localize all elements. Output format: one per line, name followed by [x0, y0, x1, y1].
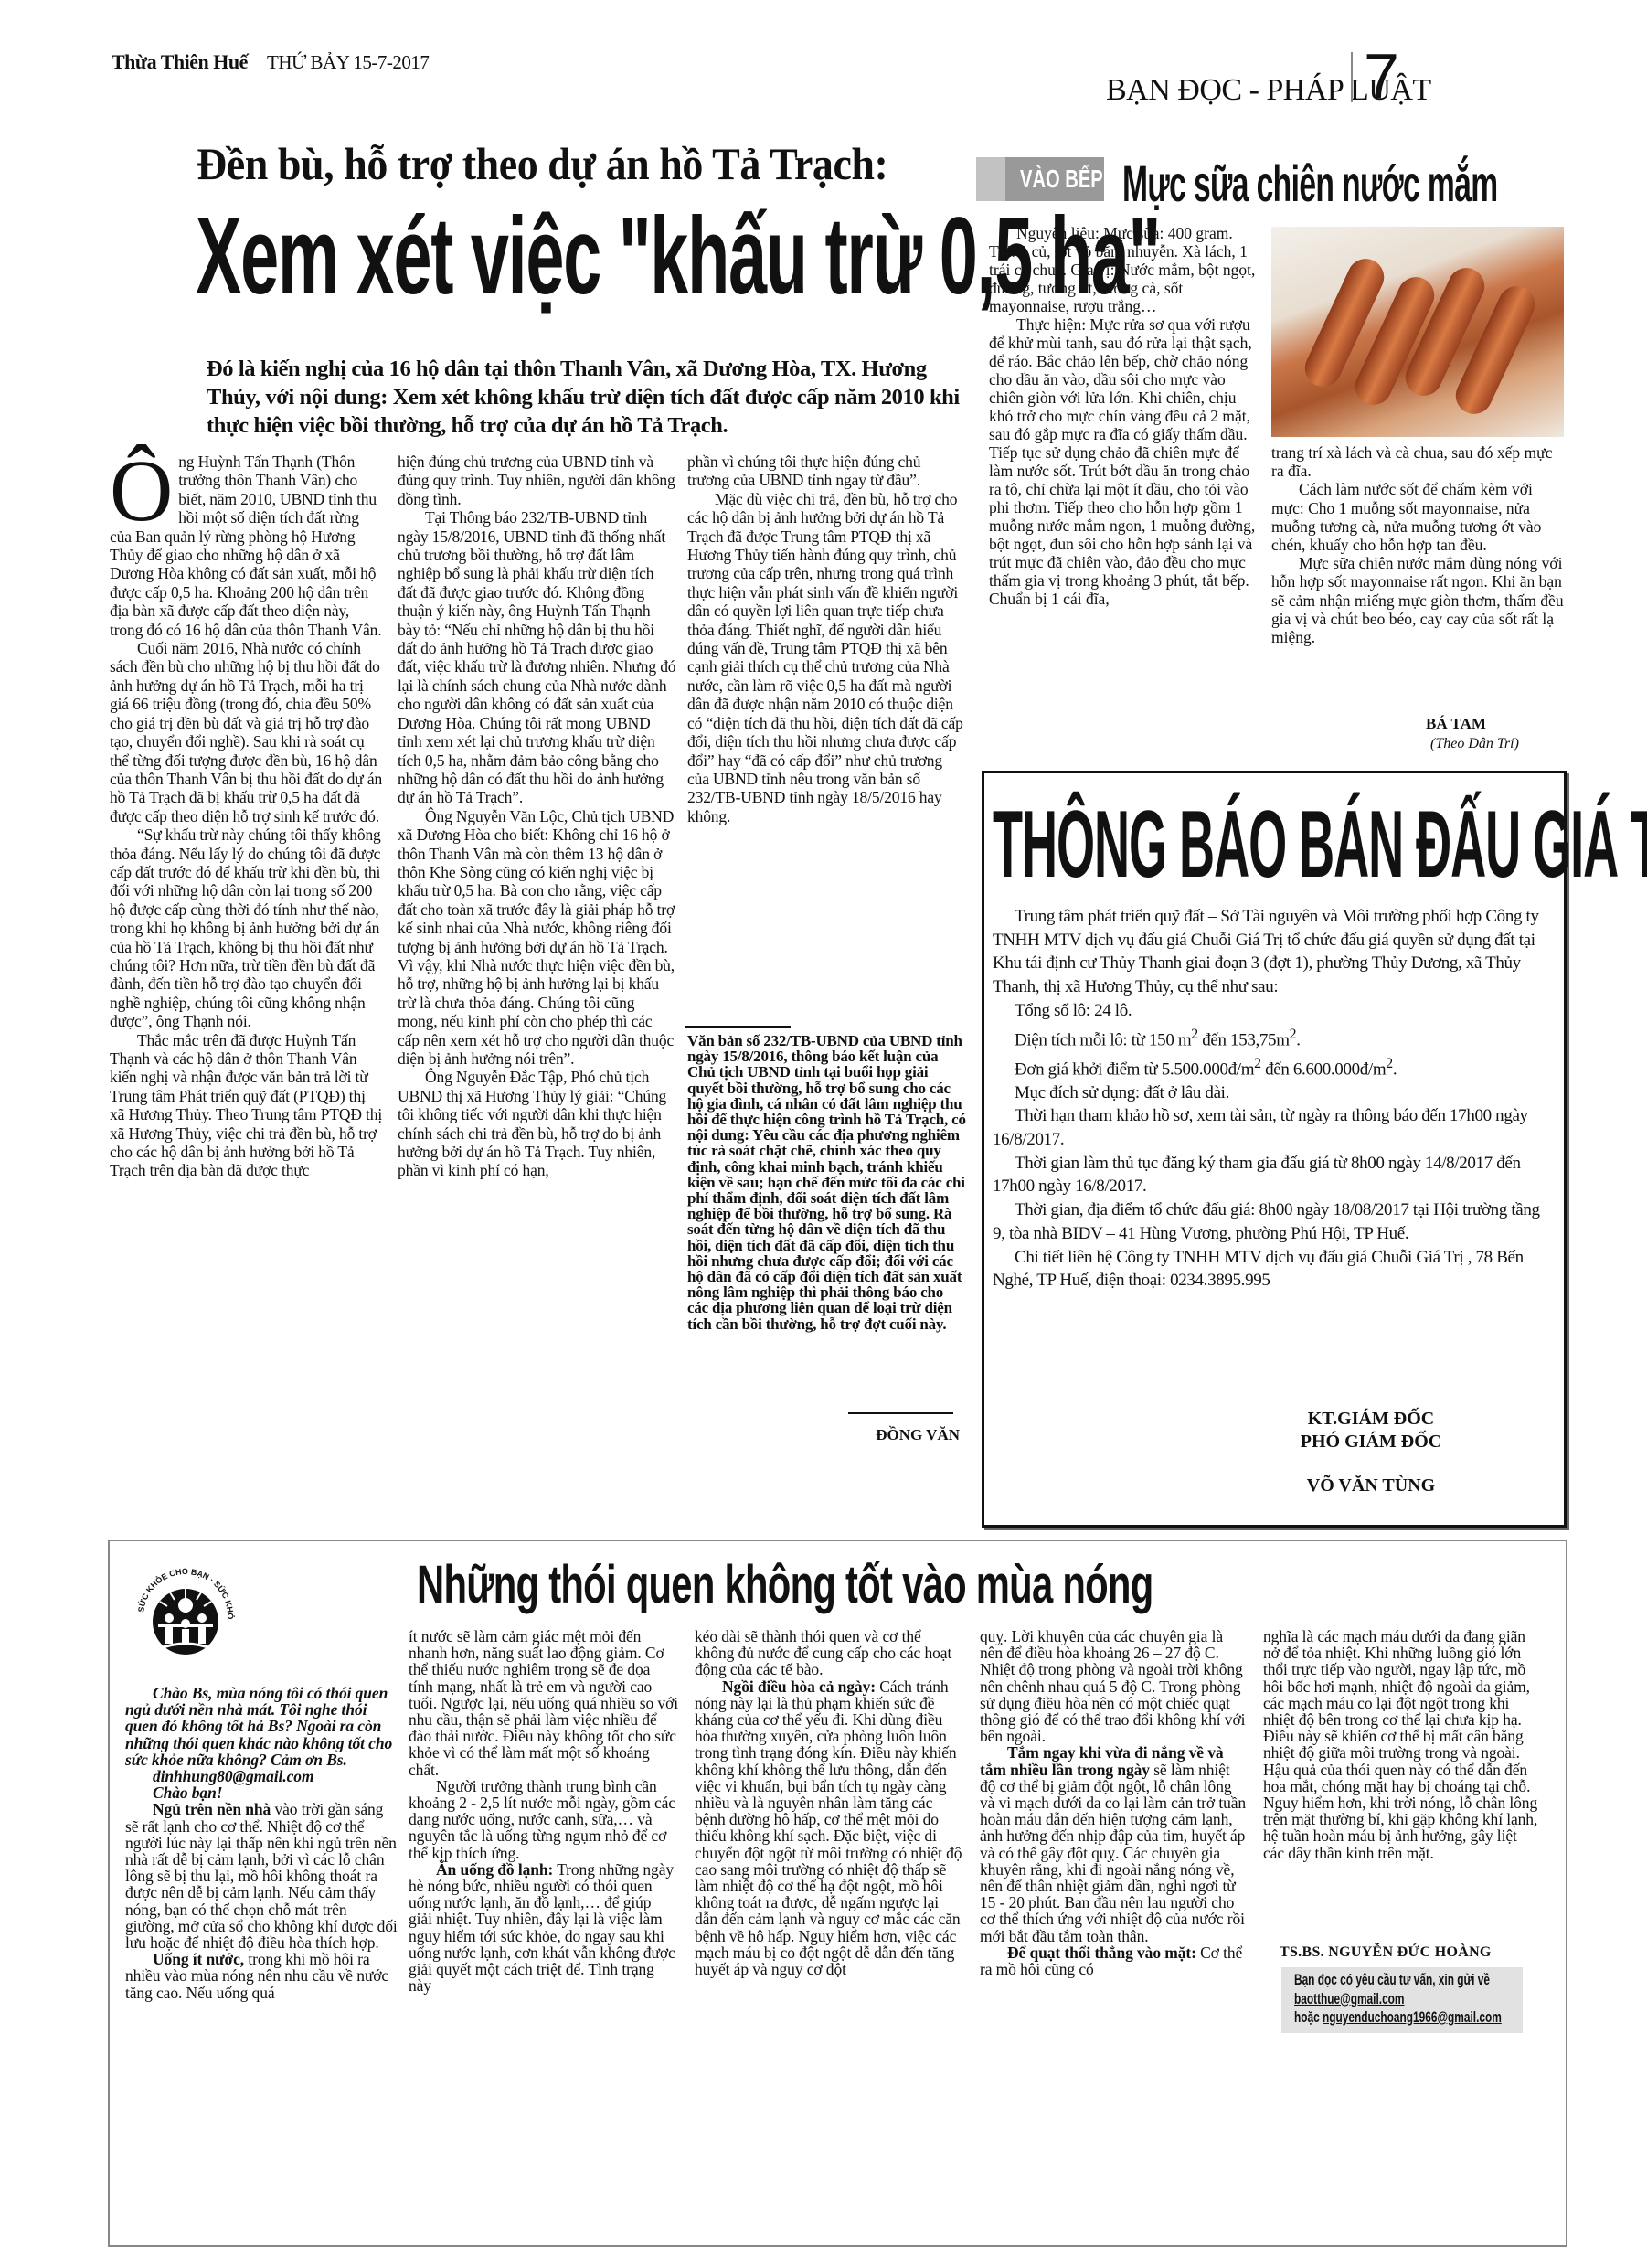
health-paragraph: quỵ. Lời khuyên của các chuyên gia là nê…	[980, 1628, 1249, 1744]
health-paragraph: Tắm ngay khi vừa đi nắng về và tắm nhiều…	[980, 1744, 1249, 1943]
article-paragraph: Cuối năm 2016, Nhà nước có chính sách đề…	[110, 639, 384, 825]
subhead: Ăn uống đồ lạnh:	[436, 1860, 553, 1879]
auction-notice-body: Trung tâm phát triển quỹ đất – Sở Tài ng…	[993, 905, 1548, 1293]
text: hoặc	[1294, 2009, 1323, 2026]
health-column-2: ít nước sẽ làm cảm giác mệt mỏi đến nhan…	[409, 1628, 678, 1994]
sign-line: PHÓ GIÁM ĐỐC	[1188, 1431, 1554, 1453]
article-sapo: Đó là kiến nghị của 16 hộ dân tại thôn T…	[207, 355, 965, 440]
health-column-5: nghĩa là các mạch máu dưới da đang giãn …	[1263, 1628, 1542, 1861]
notice-signer: VÕ VĂN TÙNG	[1188, 1475, 1554, 1496]
article-paragraph: hiện đúng chủ trương của UBND tỉnh và đú…	[398, 453, 676, 508]
text: Đơn giá khởi điểm từ 5.500.000đ/m	[1015, 1059, 1254, 1079]
health-paragraph: Ngồi điều hòa cả ngày: Cách tránh nóng n…	[695, 1678, 964, 1978]
text: sẽ làm nhiệt độ cơ thể bị giảm đột ngột,…	[980, 1761, 1246, 1945]
article-column-1: Ông Huỳnh Tấn Thạnh (Thôn trưởng thôn Th…	[110, 453, 384, 1180]
notice-reference-period: Thời hạn tham khảo hồ sơ, xem tài sản, t…	[993, 1104, 1548, 1151]
greeting: Chào bạn!	[125, 1784, 398, 1801]
text: Diện tích mỗi lô: từ 150 m	[1015, 1030, 1191, 1049]
notice-auction-time-place: Thời gian, địa điểm tổ chức đấu giá: 8h0…	[993, 1198, 1548, 1245]
contact-text: Bạn đọc có yêu cầu tư vấn, xin gửi về ba…	[1294, 1971, 1502, 2028]
article-paragraph: Ông Huỳnh Tấn Thạnh (Thôn trưởng thôn Th…	[110, 453, 384, 639]
health-paragraph: kéo dài sẽ thành thói quen và cơ thể khô…	[695, 1628, 964, 1678]
notice-registration-period: Thời gian làm thủ tục đăng ký tham gia đ…	[993, 1152, 1548, 1198]
health-column-4: quỵ. Lời khuyên của các chuyên gia là nê…	[980, 1628, 1249, 1977]
article-paragraph: Ông Nguyễn Văn Lộc, Chủ tịch UBND xã Dươ…	[398, 807, 676, 1069]
health-paragraph: Ngủ trên nền nhà vào trời gần sáng sẽ rấ…	[125, 1801, 398, 1951]
health-title: Những thói quen không tốt vào mùa nóng	[417, 1558, 1153, 1613]
sign-line: KT.GIÁM ĐỐC	[1188, 1408, 1554, 1431]
text: đến 6.600.000đ/m	[1261, 1059, 1387, 1079]
cooking-text: Nguyên liệu: Mực sữa: 400 gram. Tỏi: 1 c…	[989, 224, 1256, 608]
article-paragraph: Mặc dù việc chi trả, đền bù, hỗ trợ cho …	[687, 490, 966, 825]
notice-contact: Chi tiết liên hệ Công ty TNHH MTV dịch v…	[993, 1246, 1548, 1293]
cooking-paragraph: Cách làm nước sốt để chấm kèm với mực: C…	[1271, 480, 1564, 554]
text: Cách tránh nóng này lại là thủ phạm khiế…	[695, 1677, 962, 1978]
contact-line: Bạn đọc có yêu cầu tư vấn, xin gửi về	[1294, 1971, 1502, 1990]
subhead: Uống ít nước,	[153, 1950, 244, 1968]
divider	[848, 1412, 953, 1414]
notice-signature-title: KT.GIÁM ĐỐC PHÓ GIÁM ĐỐC	[1188, 1408, 1554, 1453]
article-paragraph: Tại Thông báo 232/TB-UBND tỉnh ngày 15/8…	[398, 508, 676, 807]
article-kicker: Đền bù, hỗ trợ theo dự án hồ Tả Trạch:	[197, 137, 887, 190]
cooking-text-right: trang trí xà lách và cà chua, sau đó xếp…	[1271, 443, 1564, 646]
cooking-tag-label: VÀO BẾP	[1020, 165, 1103, 194]
notice-intro: Trung tâm phát triển quỹ đất – Sở Tài ng…	[993, 905, 1548, 999]
superscript: 2	[1191, 1027, 1198, 1042]
superscript: 2	[1386, 1056, 1393, 1071]
health-logo-icon: SỨC KHỎE CHO BẠN · SỨC KHỎE CHO BẠN	[131, 1561, 240, 1671]
cooking-paragraph: Mực sữa chiên nước mắm dùng nóng với hỗn…	[1271, 554, 1564, 646]
reader-email: dinhhung80@gmail.com	[125, 1768, 398, 1784]
dateline: THỨ BẢY 15-7-2017	[267, 51, 429, 74]
text: Trong những ngày hè nóng bức, nhiều ngườ…	[409, 1860, 675, 1995]
cooking-source: (Theo Dân Trí)	[1430, 736, 1519, 752]
dropcap: Ô	[110, 456, 173, 526]
superscript: 2	[1290, 1027, 1297, 1042]
boxed-note: Văn bản số 232/TB-UBND của UBND tỉnh ngà…	[687, 1033, 966, 1332]
food-photo	[1271, 227, 1564, 437]
notice-price: Đơn giá khởi điểm từ 5.500.000đ/m2 đến 6…	[993, 1052, 1548, 1081]
cooking-author: BÁ TAM	[1426, 715, 1486, 733]
article-paragraph: phần vì chúng tôi thực hiện đúng chủ trư…	[687, 453, 966, 490]
text: vào trời gần sáng sẽ rất lạnh cho cơ thể…	[125, 1800, 398, 1952]
health-paragraph: Uống ít nước, trong khi mồ hôi ra nhiều …	[125, 1951, 398, 2001]
subhead: Để quạt thổi thẳng vào mặt:	[1007, 1943, 1196, 1962]
page-divider	[1351, 52, 1353, 102]
health-author: TS.BS. NGUYỄN ĐỨC HOÀNG	[1280, 1944, 1492, 1961]
auction-notice-title: THÔNG BÁO BÁN ĐẤU GIÁ TÀI SẢN	[993, 797, 1647, 892]
health-paragraph: Ăn uống đồ lạnh: Trong những ngày hè nón…	[409, 1861, 678, 1995]
text: đến 153,75m	[1198, 1030, 1290, 1049]
contact-line: hoặc nguyenduchoang1966@gmail.com	[1294, 2008, 1502, 2028]
article-paragraph: “Sự khấu trừ này chúng tôi thấy không th…	[110, 825, 384, 1030]
article-author: ĐỒNG VĂN	[841, 1426, 960, 1444]
cooking-tag-strip	[976, 157, 1005, 201]
contact-email-link[interactable]: nguyenduchoang1966@gmail.com	[1323, 2009, 1502, 2026]
reader-question: Chào Bs, mùa nóng tôi có thói quen ngủ d…	[125, 1685, 398, 1768]
health-column-3: kéo dài sẽ thành thói quen và cơ thể khô…	[695, 1628, 964, 1977]
health-column-1: Chào Bs, mùa nóng tôi có thói quen ngủ d…	[125, 1685, 398, 2001]
notice-total-lots: Tổng số lô: 24 lô.	[993, 999, 1548, 1023]
cooking-paragraph: trang trí xà lách và cà chua, sau đó xếp…	[1271, 443, 1564, 480]
article-column-2: hiện đúng chủ trương của UBND tỉnh và đú…	[398, 453, 676, 1180]
subhead: Ngồi điều hòa cả ngày:	[722, 1677, 876, 1696]
article-paragraph: Ông Nguyễn Đắc Tập, Phó chủ tịch UBND th…	[398, 1068, 676, 1179]
article-column-3: phần vì chúng tôi thực hiện đúng chủ trư…	[687, 453, 966, 825]
cooking-title: Mực sữa chiên nước mắm	[1122, 154, 1497, 213]
notice-area: Diện tích mỗi lô: từ 150 m2 đến 153,75m2…	[993, 1023, 1548, 1052]
cooking-paragraph: Thực hiện: Mực rửa sơ qua với rượu để kh…	[989, 315, 1256, 608]
masthead: Thừa Thiên Huế	[112, 50, 248, 74]
notice-purpose: Mục đích sử dụng: đất ở lâu dài.	[993, 1081, 1548, 1105]
contact-email-link[interactable]: baotthue@gmail.com	[1294, 1990, 1502, 2009]
superscript: 2	[1254, 1056, 1261, 1071]
health-paragraph: Để quạt thổi thẳng vào mặt: Cơ thể ra mồ…	[980, 1944, 1249, 1977]
health-paragraph: Người trưởng thành trung bình cần khoảng…	[409, 1778, 678, 1861]
cooking-paragraph: Nguyên liệu: Mực sữa: 400 gram. Tỏi: 1 c…	[989, 224, 1256, 315]
article-paragraph: Thắc mắc trên đã được Huỳnh Tấn Thạnh và…	[110, 1031, 384, 1180]
subhead: Ngủ trên nền nhà	[153, 1800, 271, 1818]
divider	[685, 1026, 791, 1028]
health-paragraph: nghĩa là các mạch máu dưới da đang giãn …	[1263, 1628, 1542, 1861]
health-paragraph: ít nước sẽ làm cảm giác mệt mỏi đến nhan…	[409, 1628, 678, 1778]
page-number: 7	[1364, 44, 1399, 108]
